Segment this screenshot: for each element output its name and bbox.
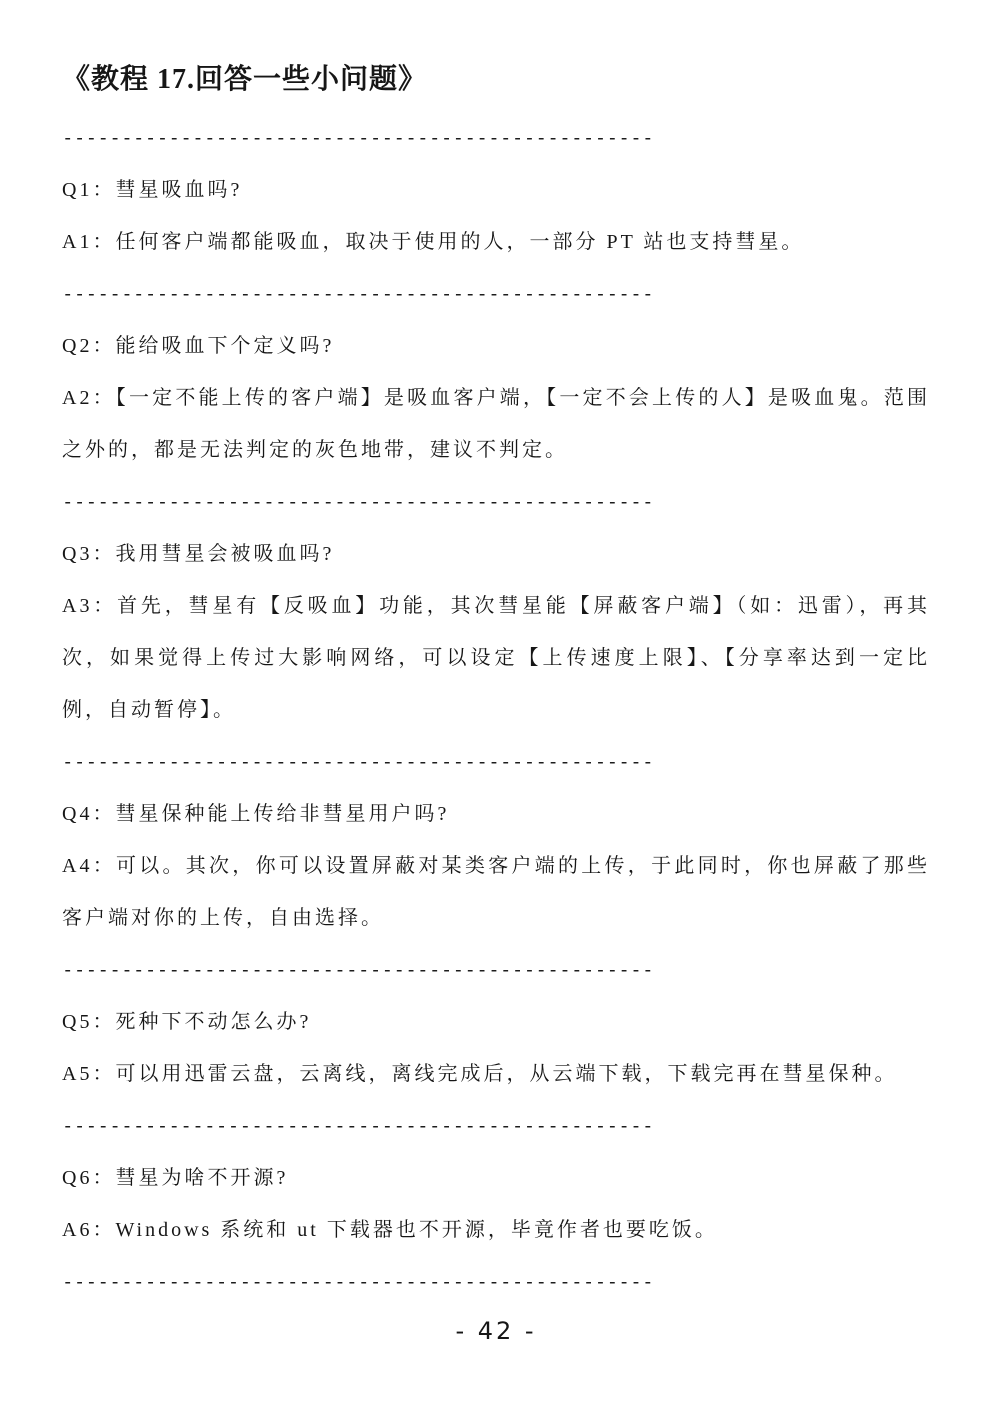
- document-page: 《教程 17.回答一些小问题》 ------------------------…: [0, 0, 992, 1403]
- divider-line: ----------------------------------------…: [62, 944, 930, 996]
- page-title: 《教程 17.回答一些小问题》: [62, 58, 930, 102]
- divider-line: ----------------------------------------…: [62, 112, 930, 164]
- qa-block-5: Q5：死种下不动怎么办? A5：可以用迅雷云盘，云离线，离线完成后，从云端下载，…: [62, 996, 930, 1152]
- qa-block-4: Q4：彗星保种能上传给非彗星用户吗? A4：可以。其次，你可以设置屏蔽对某类客户…: [62, 788, 930, 996]
- question-text: Q3：我用彗星会被吸血吗?: [62, 528, 930, 580]
- question-text: Q1：彗星吸血吗?: [62, 164, 930, 216]
- answer-text: A6：Windows 系统和 ut 下载器也不开源，毕竟作者也要吃饭。: [62, 1204, 930, 1256]
- answer-text: A2：【一定不能上传的客户端】是吸血客户端，【一定不会上传的人】是吸血鬼。范围之…: [62, 372, 930, 476]
- qa-block-1: Q1：彗星吸血吗? A1：任何客户端都能吸血，取决于使用的人，一部分 PT 站也…: [62, 164, 930, 320]
- qa-block-3: Q3：我用彗星会被吸血吗? A3：首先，彗星有【反吸血】功能，其次彗星能【屏蔽客…: [62, 528, 930, 788]
- answer-text: A5：可以用迅雷云盘，云离线，离线完成后，从云端下载，下载完再在彗星保种。: [62, 1048, 930, 1100]
- page-number: - 42 -: [62, 1310, 930, 1352]
- divider-line: ----------------------------------------…: [62, 736, 930, 788]
- question-text: Q6：彗星为啥不开源?: [62, 1152, 930, 1204]
- divider-line: ----------------------------------------…: [62, 1100, 930, 1152]
- divider-line: ----------------------------------------…: [62, 1256, 930, 1308]
- divider-line: ----------------------------------------…: [62, 476, 930, 528]
- question-text: Q2：能给吸血下个定义吗?: [62, 320, 930, 372]
- answer-text: A1：任何客户端都能吸血，取决于使用的人，一部分 PT 站也支持彗星。: [62, 216, 930, 268]
- divider-line: ----------------------------------------…: [62, 268, 930, 320]
- qa-block-2: Q2：能给吸血下个定义吗? A2：【一定不能上传的客户端】是吸血客户端，【一定不…: [62, 320, 930, 528]
- question-text: Q4：彗星保种能上传给非彗星用户吗?: [62, 788, 930, 840]
- answer-text: A3：首先，彗星有【反吸血】功能，其次彗星能【屏蔽客户端】（如：迅雷），再其次，…: [62, 580, 930, 736]
- question-text: Q5：死种下不动怎么办?: [62, 996, 930, 1048]
- answer-text: A4：可以。其次，你可以设置屏蔽对某类客户端的上传，于此同时，你也屏蔽了那些客户…: [62, 840, 930, 944]
- qa-block-6: Q6：彗星为啥不开源? A6：Windows 系统和 ut 下载器也不开源，毕竟…: [62, 1152, 930, 1308]
